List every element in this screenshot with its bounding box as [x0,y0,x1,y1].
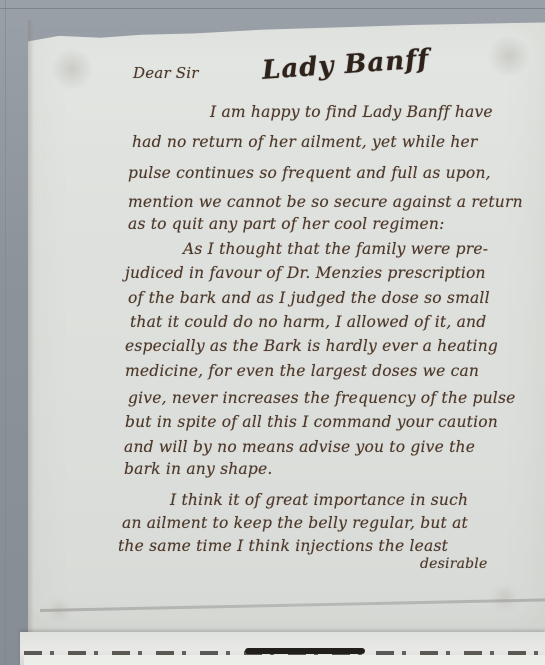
letter-line: medicine, for even the largest doses we … [125,362,479,380]
letter-line: I am happy to find Lady Banff have [210,103,493,121]
letter-line: give, never increases the frequency of t… [128,389,516,407]
letter-heading: Lady Banff [261,44,430,86]
letter-line: had no return of her ailment, yet while … [132,133,478,151]
letter-line: and will by no means advise you to give … [124,438,475,456]
letter-line: I think it of great importance in such [170,491,468,509]
letter-line: an ailment to keep the belly regular, bu… [122,514,468,532]
salutation: Dear Sir [133,64,199,82]
letter-line: that it could do no harm, I allowed of i… [130,313,486,331]
letter-line: As I thought that the family were pre- [183,240,488,258]
letter-text: Lady Banff Dear Sir I am happy to find L… [0,0,545,665]
letter-line: especially as the Bark is hardly ever a … [125,337,498,355]
letter-line: as to quit any part of her cool regimen: [128,215,445,233]
letter-line: the same time I think injections the lea… [118,537,448,555]
letter-line: but in spite of all this I command your … [125,413,498,431]
letter-line: bark in any shape. [124,460,272,478]
document-scan: Lady Banff Dear Sir I am happy to find L… [0,0,545,665]
letter-line: judiced in favour of Dr. Menzies prescri… [125,264,486,282]
letter-line: mention we cannot be so secure against a… [128,193,523,211]
letter-line: pulse continues so frequent and full as … [128,164,491,182]
letter-line: desirable [420,556,487,572]
letter-line: of the bark and as I judged the dose so … [128,289,490,307]
